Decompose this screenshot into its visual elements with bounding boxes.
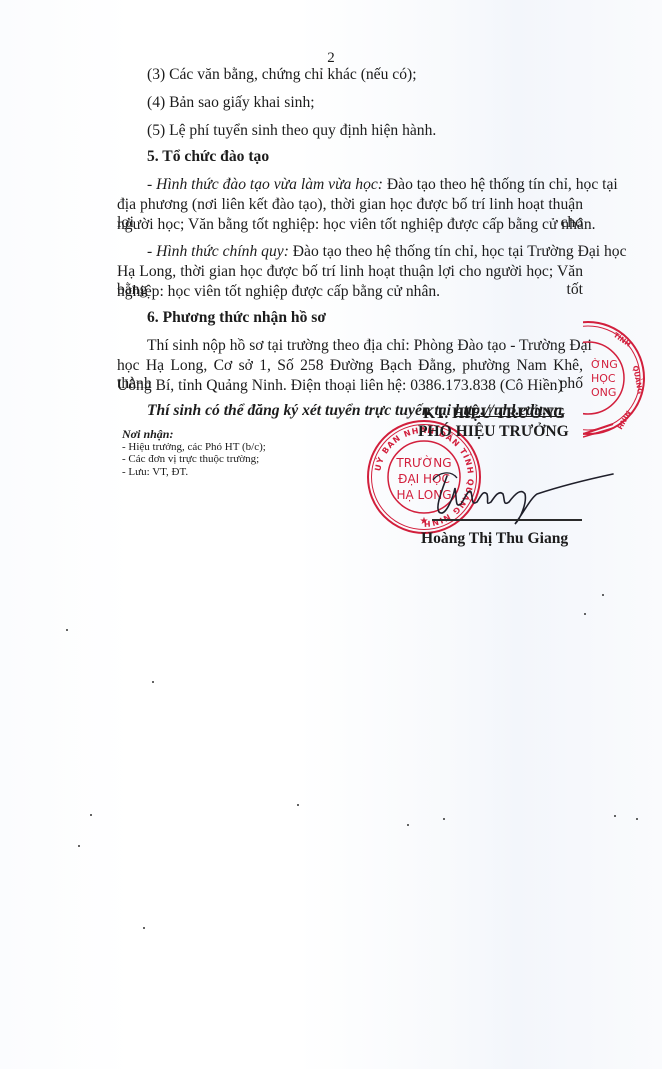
paragraph-part-time-line1: - Hình thức đào tạo vừa làm vừa học: Đào… [147,176,583,194]
scan-speck [584,613,586,615]
scan-speck [152,681,154,683]
paragraph-label: - Hình thức đào tạo vừa làm vừa học: [147,176,383,193]
scan-speck [78,845,80,847]
scan-speck [407,824,409,826]
page-number: 2 [0,50,662,67]
svg-text:TỈNH: TỈNH [612,329,633,348]
paragraph-text: Đào tạo theo hệ thống tín chỉ, học tại T… [293,243,627,260]
scan-speck [443,818,445,820]
signature-title-2: PHÓ HIỆU TRƯỞNG [418,423,569,441]
section-heading-6: 6. Phương thức nhận hồ sơ [147,309,326,327]
stamp-edge-line: ONG [591,386,616,399]
scan-speck [90,814,92,816]
signature-underline [432,519,582,521]
scan-speck [636,818,638,820]
online-registration-text: Thí sinh có thể đăng ký xét tuyển trực t… [147,402,451,419]
document-page: 2 (3) Các văn bằng, chứng chỉ khác (nếu … [0,0,662,1069]
list-item: (4) Bản sao giấy khai sinh; [147,94,315,112]
scan-speck [66,629,68,631]
scan-speck [614,815,616,817]
paragraph-part-time-line3: người học; Văn bằng tốt nghiệp: học viên… [117,216,596,234]
recipients-title: Nơi nhận: [122,428,266,441]
handwritten-signature [425,458,615,528]
signer-name: Hoàng Thị Thu Giang [421,530,568,548]
paragraph-regular-line1: - Hình thức chính quy: Đào tạo theo hệ t… [147,243,627,261]
recipient-item: - Hiệu trưởng, các Phó HT (b/c); [122,441,266,454]
signature-title-1: KT. HIỆU TRƯỞNG [423,405,565,423]
scan-speck [143,927,145,929]
paragraph-label: - Hình thức chính quy: [147,243,289,260]
stamp-edge-line: HỌC [591,372,616,385]
list-item: (3) Các văn bằng, chứng chỉ khác (nếu có… [147,66,417,84]
recipient-item: - Các đơn vị trực thuộc trường; [122,453,266,466]
paragraph-regular-line3: nghiệp: học viên tốt nghiệp được cấp bằn… [117,283,440,301]
scan-speck [602,594,604,596]
address-line3: Uông Bí, tỉnh Quảng Ninh. Điện thoại liê… [117,377,563,395]
section-heading-5: 5. Tổ chức đào tạo [147,148,269,166]
scan-speck [297,804,299,806]
recipients-block: Nơi nhận: - Hiệu trưởng, các Phó HT (b/c… [122,428,266,478]
stamp-edge-line: ỜNG [591,358,618,371]
svg-text:NINH: NINH [615,409,632,431]
partial-stamp: ỜNG HỌC ONG TỈNH QUẢNG NINH [583,318,662,438]
address-line1: Thí sinh nộp hồ sơ tại trường theo địa c… [147,337,592,355]
paragraph-text: Đào tạo theo hệ thống tín chỉ, học tại [387,176,618,193]
list-item: (5) Lệ phí tuyển sinh theo quy định hiện… [147,122,436,140]
recipient-item: - Lưu: VT, ĐT. [122,466,266,479]
